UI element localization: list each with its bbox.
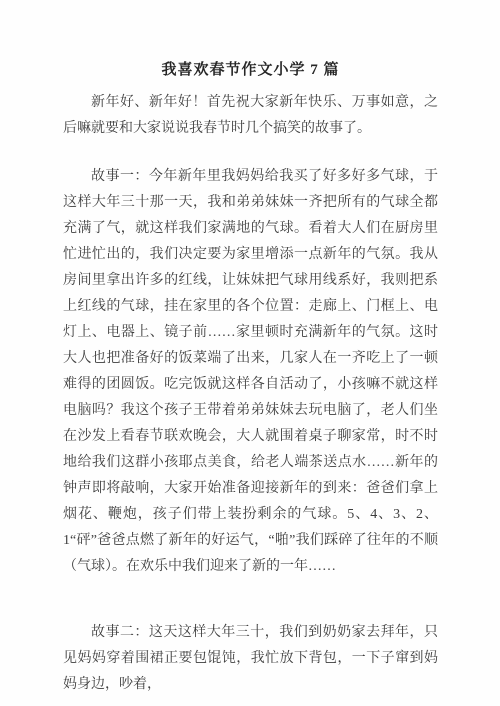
document-title: 我喜欢春节作文小学 7 篇 (63, 58, 438, 82)
paragraph-story-2: 故事二：这天这样大年三十，我们到奶奶家去拜年，只见妈妈穿着围裙正要包馄饨，我忙放… (63, 620, 438, 698)
paragraph-intro: 新年好、新年好！首先祝大家新年快乐、万事如意，之后嘛就要和大家说说我春节时几个搞… (63, 90, 438, 142)
paragraph-story-1: 故事一：今年新年里我妈妈给我买了好多好多气球，于这样大年三十那一天，我和弟弟妹妹… (63, 164, 438, 580)
document-page: 我喜欢春节作文小学 7 篇 新年好、新年好！首先祝大家新年快乐、万事如意，之后嘛… (0, 0, 500, 706)
